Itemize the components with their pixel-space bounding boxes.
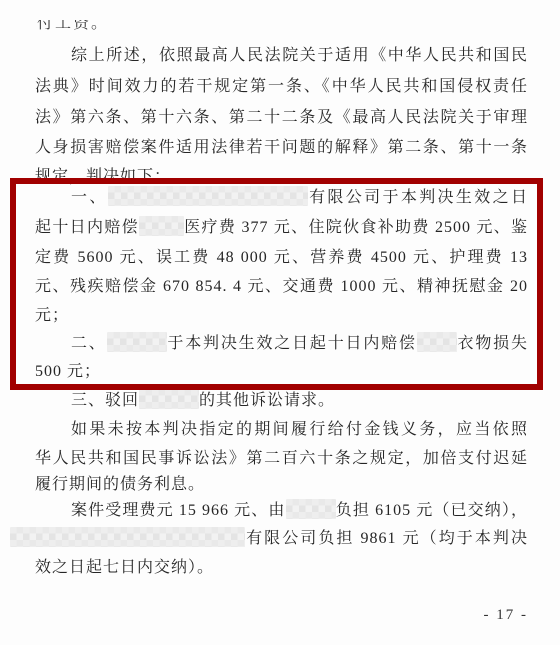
line-text: 二、 xyxy=(71,335,107,352)
document-line: 起十日内赔偿医疗费 377 元、住院伙食补助费 2500 元、鉴 xyxy=(35,214,528,241)
document-line: 一、有限公司于本判决生效之日 xyxy=(35,184,528,211)
document-line: 定费 5600 元、误工费 48 000 元、营养费 4500 元、护理费 13… xyxy=(35,244,528,271)
document-line: 三、驳回的其他诉讼请求。 xyxy=(35,387,528,414)
line-text: 定费 5600 元、误工费 48 000 元、营养费 4500 元、护理费 13… xyxy=(35,249,528,271)
line-text: 法》第六条、第十六条、第二十二条及《最高人民法院关于审理 xyxy=(35,109,528,126)
document-line: 500 元； xyxy=(35,358,528,385)
redacted-text xyxy=(10,527,245,547)
document-line: 法》第六条、第十六条、第二十二条及《最高人民法院关于审理 xyxy=(35,104,528,131)
page-number: - 17 - xyxy=(484,607,529,624)
line-text: 效之日起七日内交纳）。 xyxy=(35,559,214,576)
line-text: 华人民共和国民事诉讼法》第二百六十条之规定，加倍支付迟延 xyxy=(35,450,528,467)
document-line: 综上所述，依照最高人民法院关于适用《中华人民共和国民 xyxy=(35,42,528,69)
line-text: 综上所述，依照最高人民法院关于适用《中华人民共和国民 xyxy=(71,47,528,64)
line-text: 元、残疾赔偿金 670 854. 4 元、交通费 1000 元、精神抚慰金 20… xyxy=(35,278,528,300)
document-line: 案件受理费元 15 966 元、由负担 6105 元（已交纳）， xyxy=(35,497,528,524)
line-text: 500 元； xyxy=(35,363,101,380)
line-text: 法典》时间效力的若干规定第一条、《中华人民共和国侵权责任 xyxy=(35,78,528,95)
line-text: 三、驳回 xyxy=(71,392,139,409)
line-text: 元； xyxy=(35,307,69,324)
line-text: 人身损害赔偿案件适用法律若干问题的解释》第二条、第十一条 xyxy=(35,139,528,156)
redacted-text xyxy=(139,216,184,236)
line-text: 如果未按本判决指定的期间履行给付金钱义务，应当依照《中 xyxy=(35,421,528,443)
clipped-top-line: 付工资。 xyxy=(37,20,237,33)
document-line: 二、于本判决生效之日起十日内赔偿衣物损失 xyxy=(35,330,528,357)
redacted-text xyxy=(417,332,457,352)
line-text: 一、 xyxy=(71,189,108,206)
document-line: 人身损害赔偿案件适用法律若干问题的解释》第二条、第十一条 xyxy=(35,134,528,161)
line-text: 的其他诉讼请求。 xyxy=(199,392,335,409)
clipped-top-line-text: 付工资。 xyxy=(37,20,237,33)
line-text: 衣物损失 xyxy=(457,335,528,352)
document-line: 效之日起七日内交纳）。 xyxy=(35,554,528,581)
document-line: 元、残疾赔偿金 670 854. 4 元、交通费 1000 元、精神抚慰金 20… xyxy=(35,273,528,300)
judgment-page: 付工资。 综上所述，依照最高人民法院关于适用《中华人民共和国民法典》时间效力的若… xyxy=(0,0,560,645)
document-line: 如果未按本判决指定的期间履行给付金钱义务，应当依照《中 xyxy=(35,416,528,443)
line-text: 负担 6105 元（已交纳）， xyxy=(336,502,528,519)
line-text: 起十日内赔偿 xyxy=(35,219,139,236)
document-line: 华人民共和国民事诉讼法》第二百六十条之规定，加倍支付迟延 xyxy=(35,445,528,472)
line-text: 案件受理费元 15 966 元、由 xyxy=(71,502,286,519)
redacted-text xyxy=(107,332,167,352)
document-line: 元； xyxy=(35,302,528,329)
line-text: 规定，判决如下： xyxy=(35,168,171,185)
line-text: 履行期间的债务利息。 xyxy=(35,476,205,493)
redacted-text xyxy=(286,499,336,519)
line-text: 医疗费 377 元、住院伙食补助费 2500 元、鉴 xyxy=(184,219,528,236)
line-text: 于本判决生效之日起十日内赔偿 xyxy=(167,335,417,352)
document-line: 法典》时间效力的若干规定第一条、《中华人民共和国侵权责任 xyxy=(35,73,528,100)
document-line: 履行期间的债务利息。 xyxy=(35,471,528,498)
redacted-text xyxy=(139,389,199,409)
redacted-text xyxy=(108,186,308,206)
line-text: 有限公司于本判决生效之日 xyxy=(308,189,528,206)
document-line: 有限公司负担 9861 元（均于本判决生 xyxy=(10,525,528,552)
